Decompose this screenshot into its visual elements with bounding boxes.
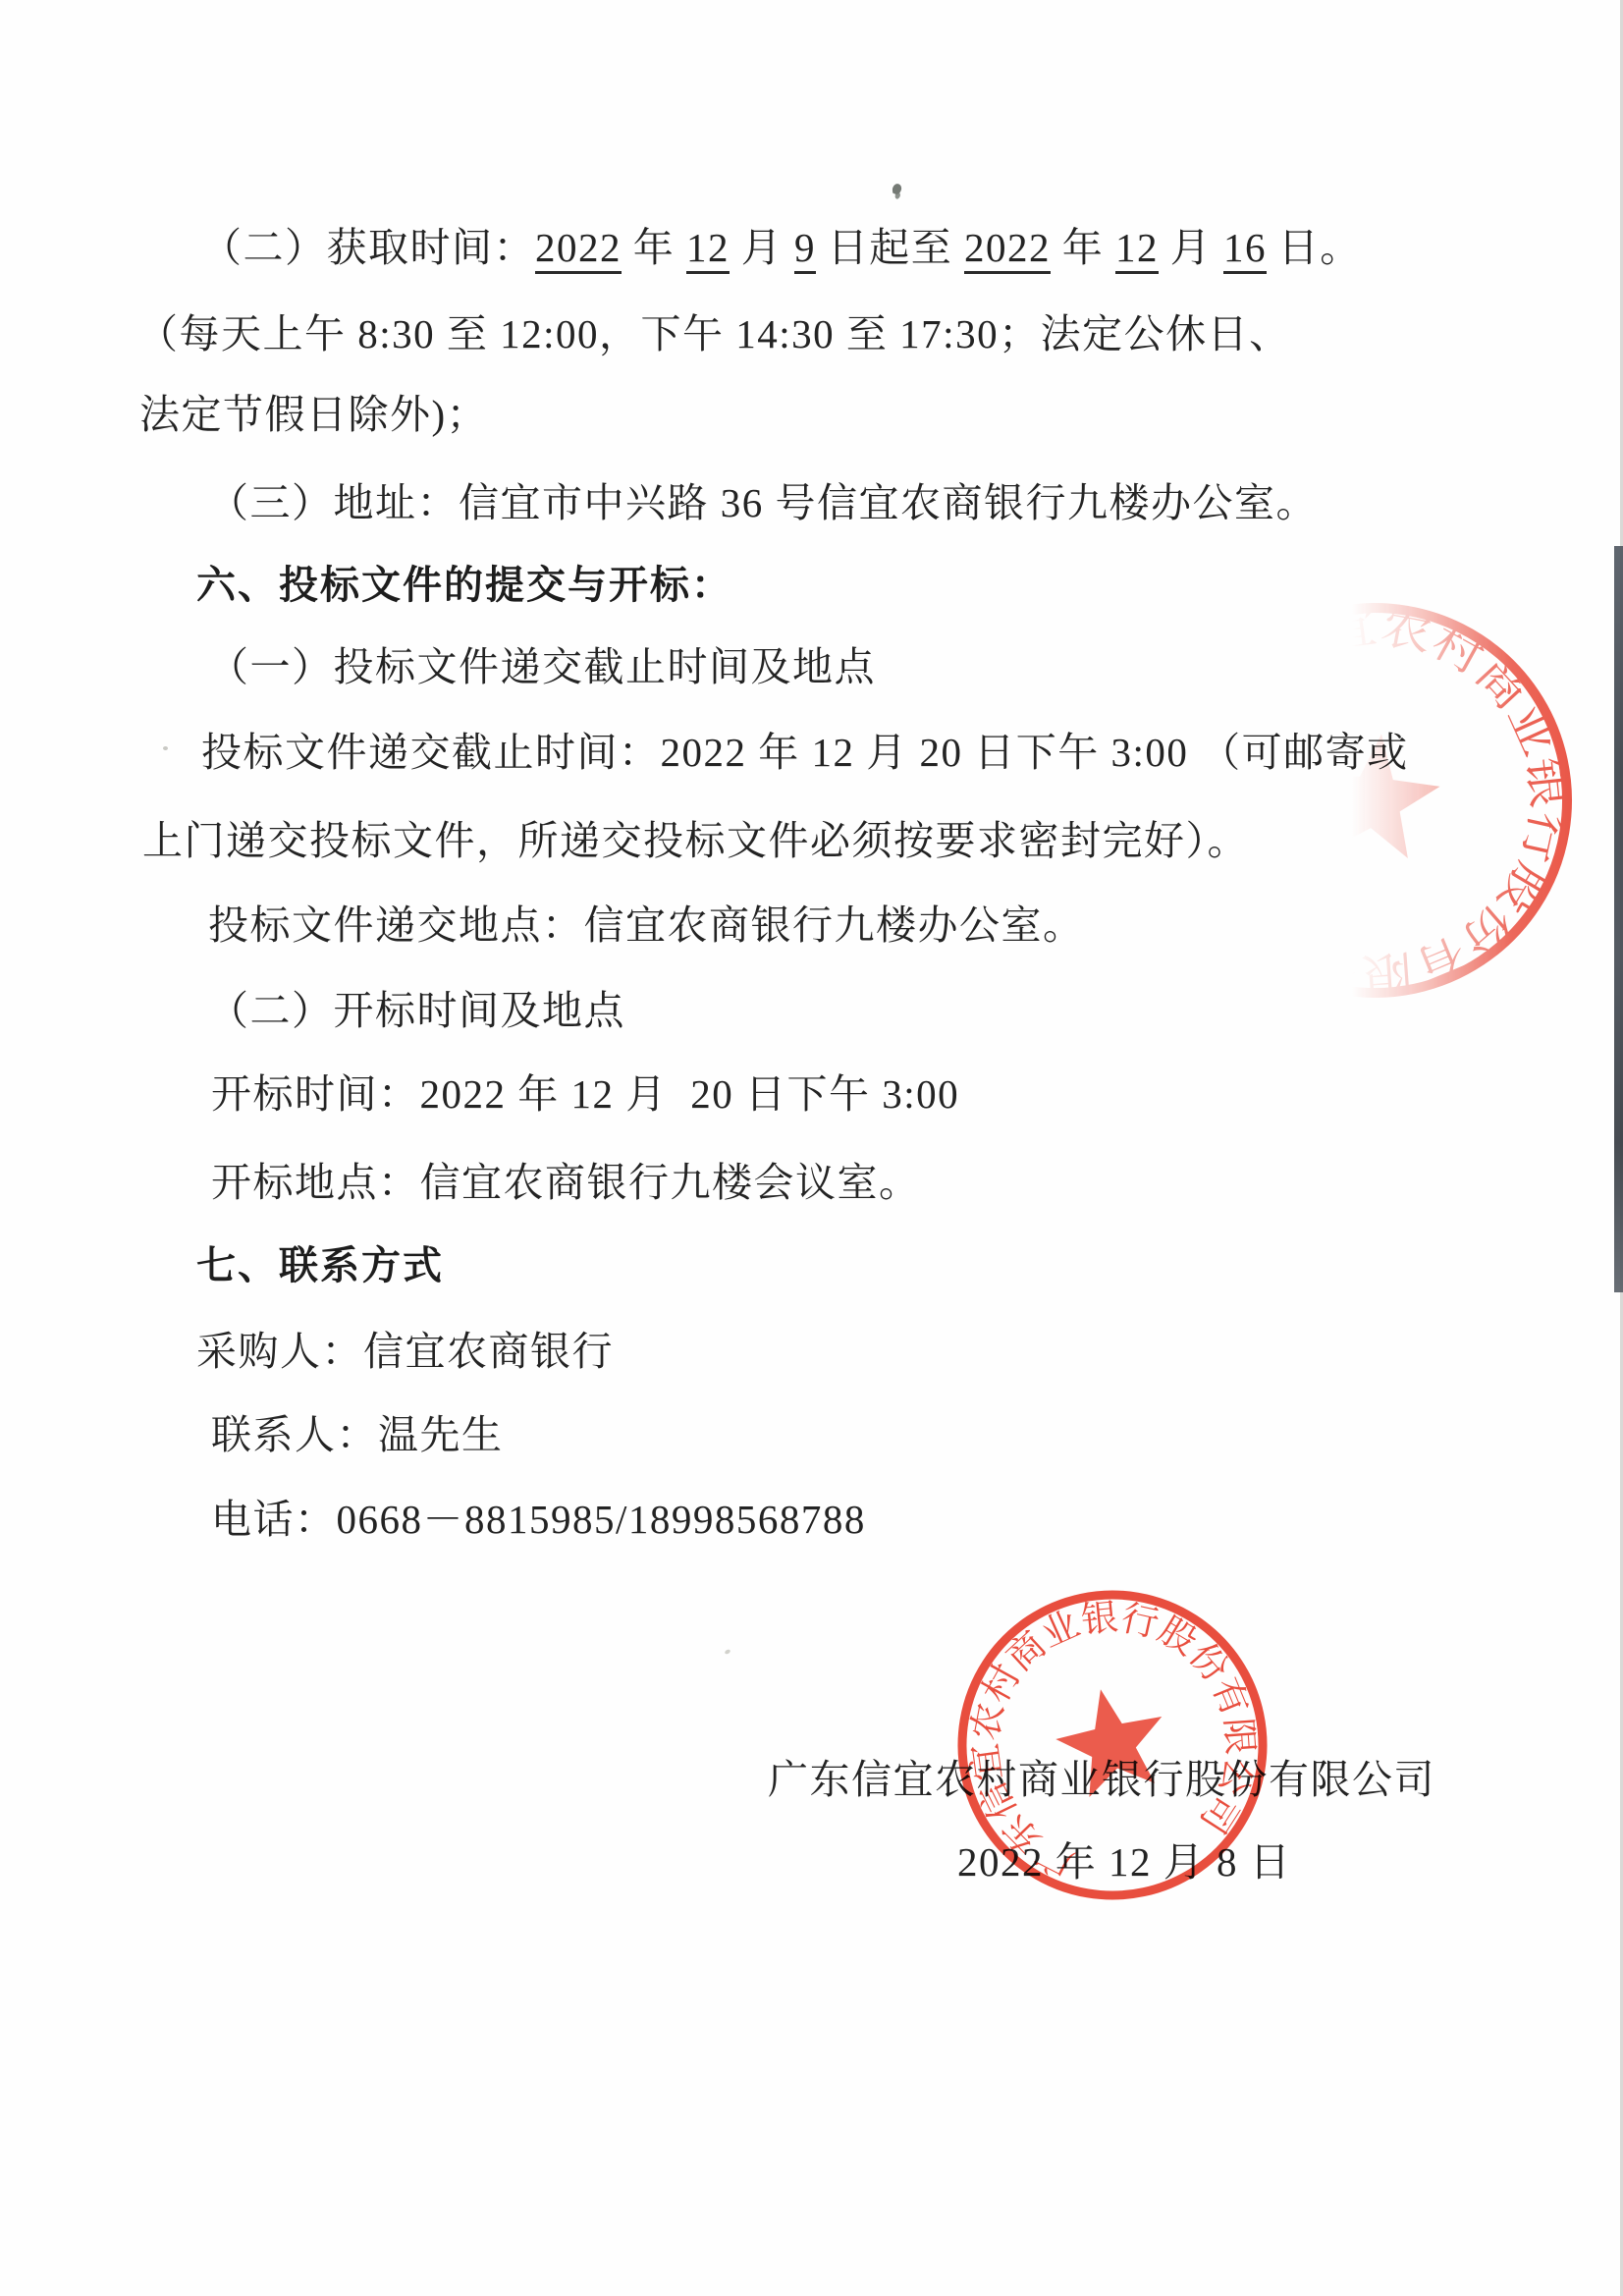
seal-star-icon: [1048, 1678, 1175, 1802]
para-submit-place: 投标文件递交地点：信宜农商银行九楼办公室。: [208, 902, 1085, 950]
acquire-month2: 12: [1115, 225, 1159, 274]
scan-speck: [163, 746, 168, 750]
para-deadline-2: 上门递交投标文件，所递交投标文件必须按要求密封完好）。: [142, 817, 1249, 865]
scanned-document-page: （二）获取时间：2022 年 12 月 9 日起至 2022 年 12 月 16…: [0, 0, 1623, 2296]
para-open-time: 开标时间：2022 年 12 月 20 日下午 3:00: [211, 1070, 959, 1119]
para-sub-two: （二）开标时间及地点: [208, 987, 625, 1035]
para-holiday-except: 法定节假日除外)；: [139, 391, 488, 439]
para-purchaser: 采购人：信宜农商银行: [196, 1328, 614, 1376]
para-contact: 联系人：温先生: [211, 1411, 504, 1459]
para-acquire-time: （二）获取时间：2022 年 12 月 9 日起至 2022 年 12 月 16…: [201, 224, 1362, 272]
acquire-sep4: 月: [1159, 225, 1223, 270]
para-open-place: 开标地点：信宜农商银行九楼会议室。: [211, 1159, 921, 1207]
partial-seal-star-icon: [1308, 725, 1453, 874]
scan-speck: [724, 1649, 730, 1655]
para-business-hours: （每天上午 8:30 至 12:00，下午 14:30 至 17:30；法定公休…: [137, 310, 1291, 358]
acquire-day1: 9: [794, 225, 816, 274]
acquire-sep2: 月: [730, 225, 794, 270]
acquire-year2: 2022: [964, 225, 1051, 274]
acquire-year1: 2022: [535, 225, 622, 274]
para-sub-one: （一）投标文件递交截止时间及地点: [208, 643, 876, 691]
acquire-day2: 16: [1223, 225, 1267, 274]
acquire-prefix: （二）获取时间：: [201, 225, 535, 270]
acquire-month1: 12: [686, 225, 730, 274]
company-seal: 广东信宜农村商业银行股份有限公司: [946, 1578, 1279, 1912]
heading-section-six: 六、投标文件的提交与开标：: [196, 562, 732, 609]
scan-speck: [891, 183, 902, 195]
partial-company-seal: 广东信宜农村商业银行股份有限公司: [1183, 570, 1605, 1031]
acquire-mid: 日起至: [816, 225, 964, 270]
acquire-suffix: 日。: [1267, 225, 1362, 270]
heading-section-seven: 七、联系方式: [196, 1242, 444, 1289]
para-address: （三）地址：信宜市中兴路 36 号信宜农商银行九楼办公室。: [208, 479, 1318, 527]
scan-edge-shadow: [1614, 546, 1623, 1292]
para-phone: 电话：0668－8815985/18998568788: [211, 1496, 866, 1544]
acquire-sep1: 年: [622, 225, 686, 270]
acquire-sep3: 年: [1051, 225, 1115, 270]
